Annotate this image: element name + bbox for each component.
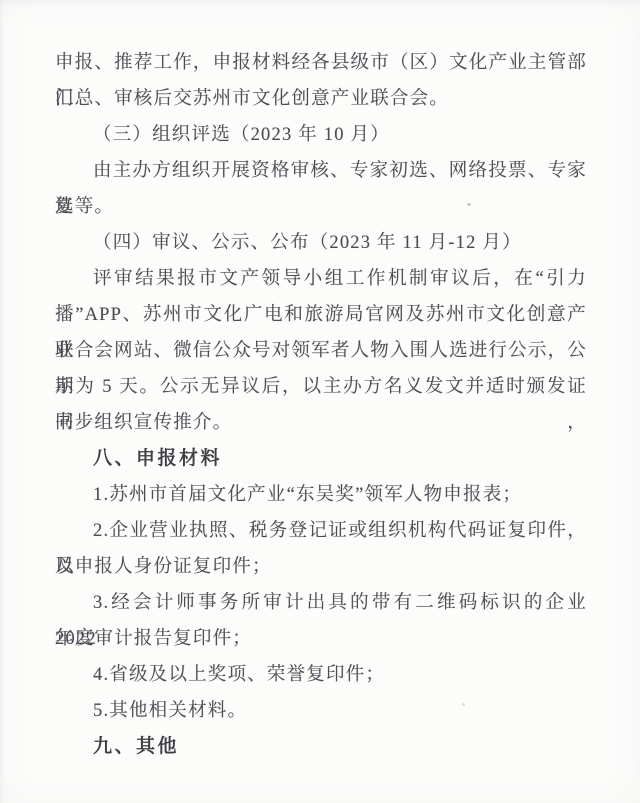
text-line: （三）组织评选（2023 年 10 月） bbox=[55, 117, 587, 153]
text-line: 1.苏州市首届文化产业“东吴奖”领军人物申报表； bbox=[55, 477, 587, 513]
text-line: 播”APP、苏州市文化广电和旅游局官网及苏州市文化创意产业 bbox=[55, 297, 587, 333]
section-heading: 八、申报材料 bbox=[55, 441, 587, 477]
text-line: 评审结果报市文产领导小组工作机制审议后，在“引力 bbox=[55, 261, 587, 297]
section-heading: 九、其他 bbox=[55, 729, 587, 765]
scan-shadow-top bbox=[0, 0, 640, 6]
scan-speck bbox=[462, 703, 465, 706]
text-line: 及申报人身份证复印件； bbox=[55, 549, 587, 585]
text-line: （四）审议、公示、公布（2023 年 11 月-12 月） bbox=[55, 225, 587, 261]
text-line: 4.省级及以上奖项、荣誉复印件； bbox=[55, 657, 587, 693]
text-line: 年度审计报告复印件； bbox=[55, 621, 587, 657]
text-line: 2.企业营业执照、税务登记证或组织机构代码证复印件，以 bbox=[55, 513, 587, 549]
text-line: 由主办方组织开展资格审核、专家初选、网络投票、专家复 bbox=[55, 153, 587, 189]
text-line: 3.经会计师事务所审计出具的带有二维码标识的企业 2022 bbox=[55, 585, 587, 621]
text-line: 选等。 bbox=[55, 189, 587, 225]
text-line: 汇总、审核后交苏州市文化创意产业联合会。 bbox=[55, 81, 587, 117]
text-line: 申报、推荐工作，申报材料经各县级市（区）文化产业主管部门 bbox=[55, 45, 587, 81]
text-line: 5.其他相关材料。 bbox=[55, 693, 587, 729]
text-line: 期为 5 天。公示无异议后，以主办方名义发文并适时颁发证书， bbox=[55, 369, 587, 405]
scan-shadow-left bbox=[0, 0, 5, 803]
scan-speck bbox=[467, 203, 471, 206]
text-line: 联合会网站、微信公众号对领军者人物入围人选进行公示，公示 bbox=[55, 333, 587, 369]
scanned-document-page: 申报、推荐工作，申报材料经各县级市（区）文化产业主管部门汇总、审核后交苏州市文化… bbox=[0, 0, 640, 803]
document-body: 申报、推荐工作，申报材料经各县级市（区）文化产业主管部门汇总、审核后交苏州市文化… bbox=[55, 45, 587, 765]
